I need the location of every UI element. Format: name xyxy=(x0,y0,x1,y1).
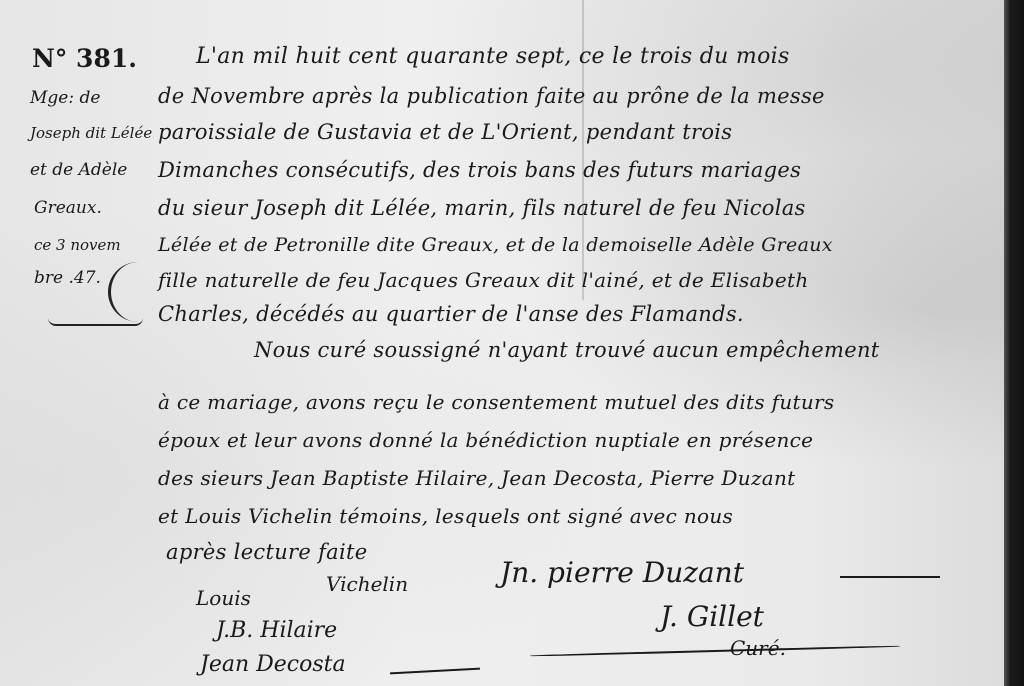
gillet-flourish xyxy=(530,645,900,657)
signature-duzant: Jn. pierre Duzant xyxy=(500,556,744,589)
body-line-1: L'an mil huit cent quarante sept, ce le … xyxy=(196,44,790,69)
body-line-13: et Louis Vichelin témoins, lesquels ont … xyxy=(158,504,733,528)
body-line-2: de Novembre après la publication faite a… xyxy=(158,84,825,108)
body-line-9: Nous curé soussigné n'ayant trouvé aucun… xyxy=(254,338,880,362)
margin-note-line-2: Joseph dit Lélée xyxy=(30,124,152,142)
margin-note-line-5: ce 3 novem xyxy=(34,236,121,254)
margin-flourish xyxy=(48,318,143,326)
body-line-14: après lecture faite xyxy=(166,540,367,564)
body-line-3: paroissiale de Gustavia et de L'Orient, … xyxy=(158,120,732,144)
margin-brace xyxy=(108,262,141,322)
signature-decosta: Jean Decosta xyxy=(200,652,346,677)
margin-note-line-3: et de Adèle xyxy=(30,160,127,180)
signature-louis: Louis xyxy=(196,586,251,610)
signature-hilaire: J.B. Hilaire xyxy=(216,618,337,643)
duzant-underline xyxy=(840,576,940,578)
margin-note-line-1: Mge: de xyxy=(30,88,100,108)
entry-number: N° 381. xyxy=(32,44,137,73)
margin-note-line-4: Greaux. xyxy=(34,198,102,218)
signature-vichelin: Vichelin xyxy=(326,572,408,596)
body-line-4: Dimanches consécutifs, des trois bans de… xyxy=(158,158,801,182)
body-line-8: Charles, décédés au quartier de l'anse d… xyxy=(158,302,744,326)
body-line-7: fille naturelle de feu Jacques Greaux di… xyxy=(158,268,809,292)
margin-note-line-6: bre .47. xyxy=(34,268,101,288)
body-line-6: Lélée et de Petronille dite Greaux, et d… xyxy=(158,234,833,256)
body-line-10: à ce mariage, avons reçu le consentement… xyxy=(158,390,834,414)
body-line-5: du sieur Joseph dit Lélée, marin, fils n… xyxy=(158,196,806,220)
register-page: N° 381. Mge: de Joseph dit Lélée et de A… xyxy=(0,0,1004,686)
scan-dark-edge xyxy=(1004,0,1024,686)
body-line-11: époux et leur avons donné la bénédiction… xyxy=(158,428,813,452)
decosta-underline xyxy=(390,668,480,675)
body-line-12: des sieurs Jean Baptiste Hilaire, Jean D… xyxy=(158,466,796,490)
signature-gillet: J. Gillet xyxy=(660,600,764,633)
